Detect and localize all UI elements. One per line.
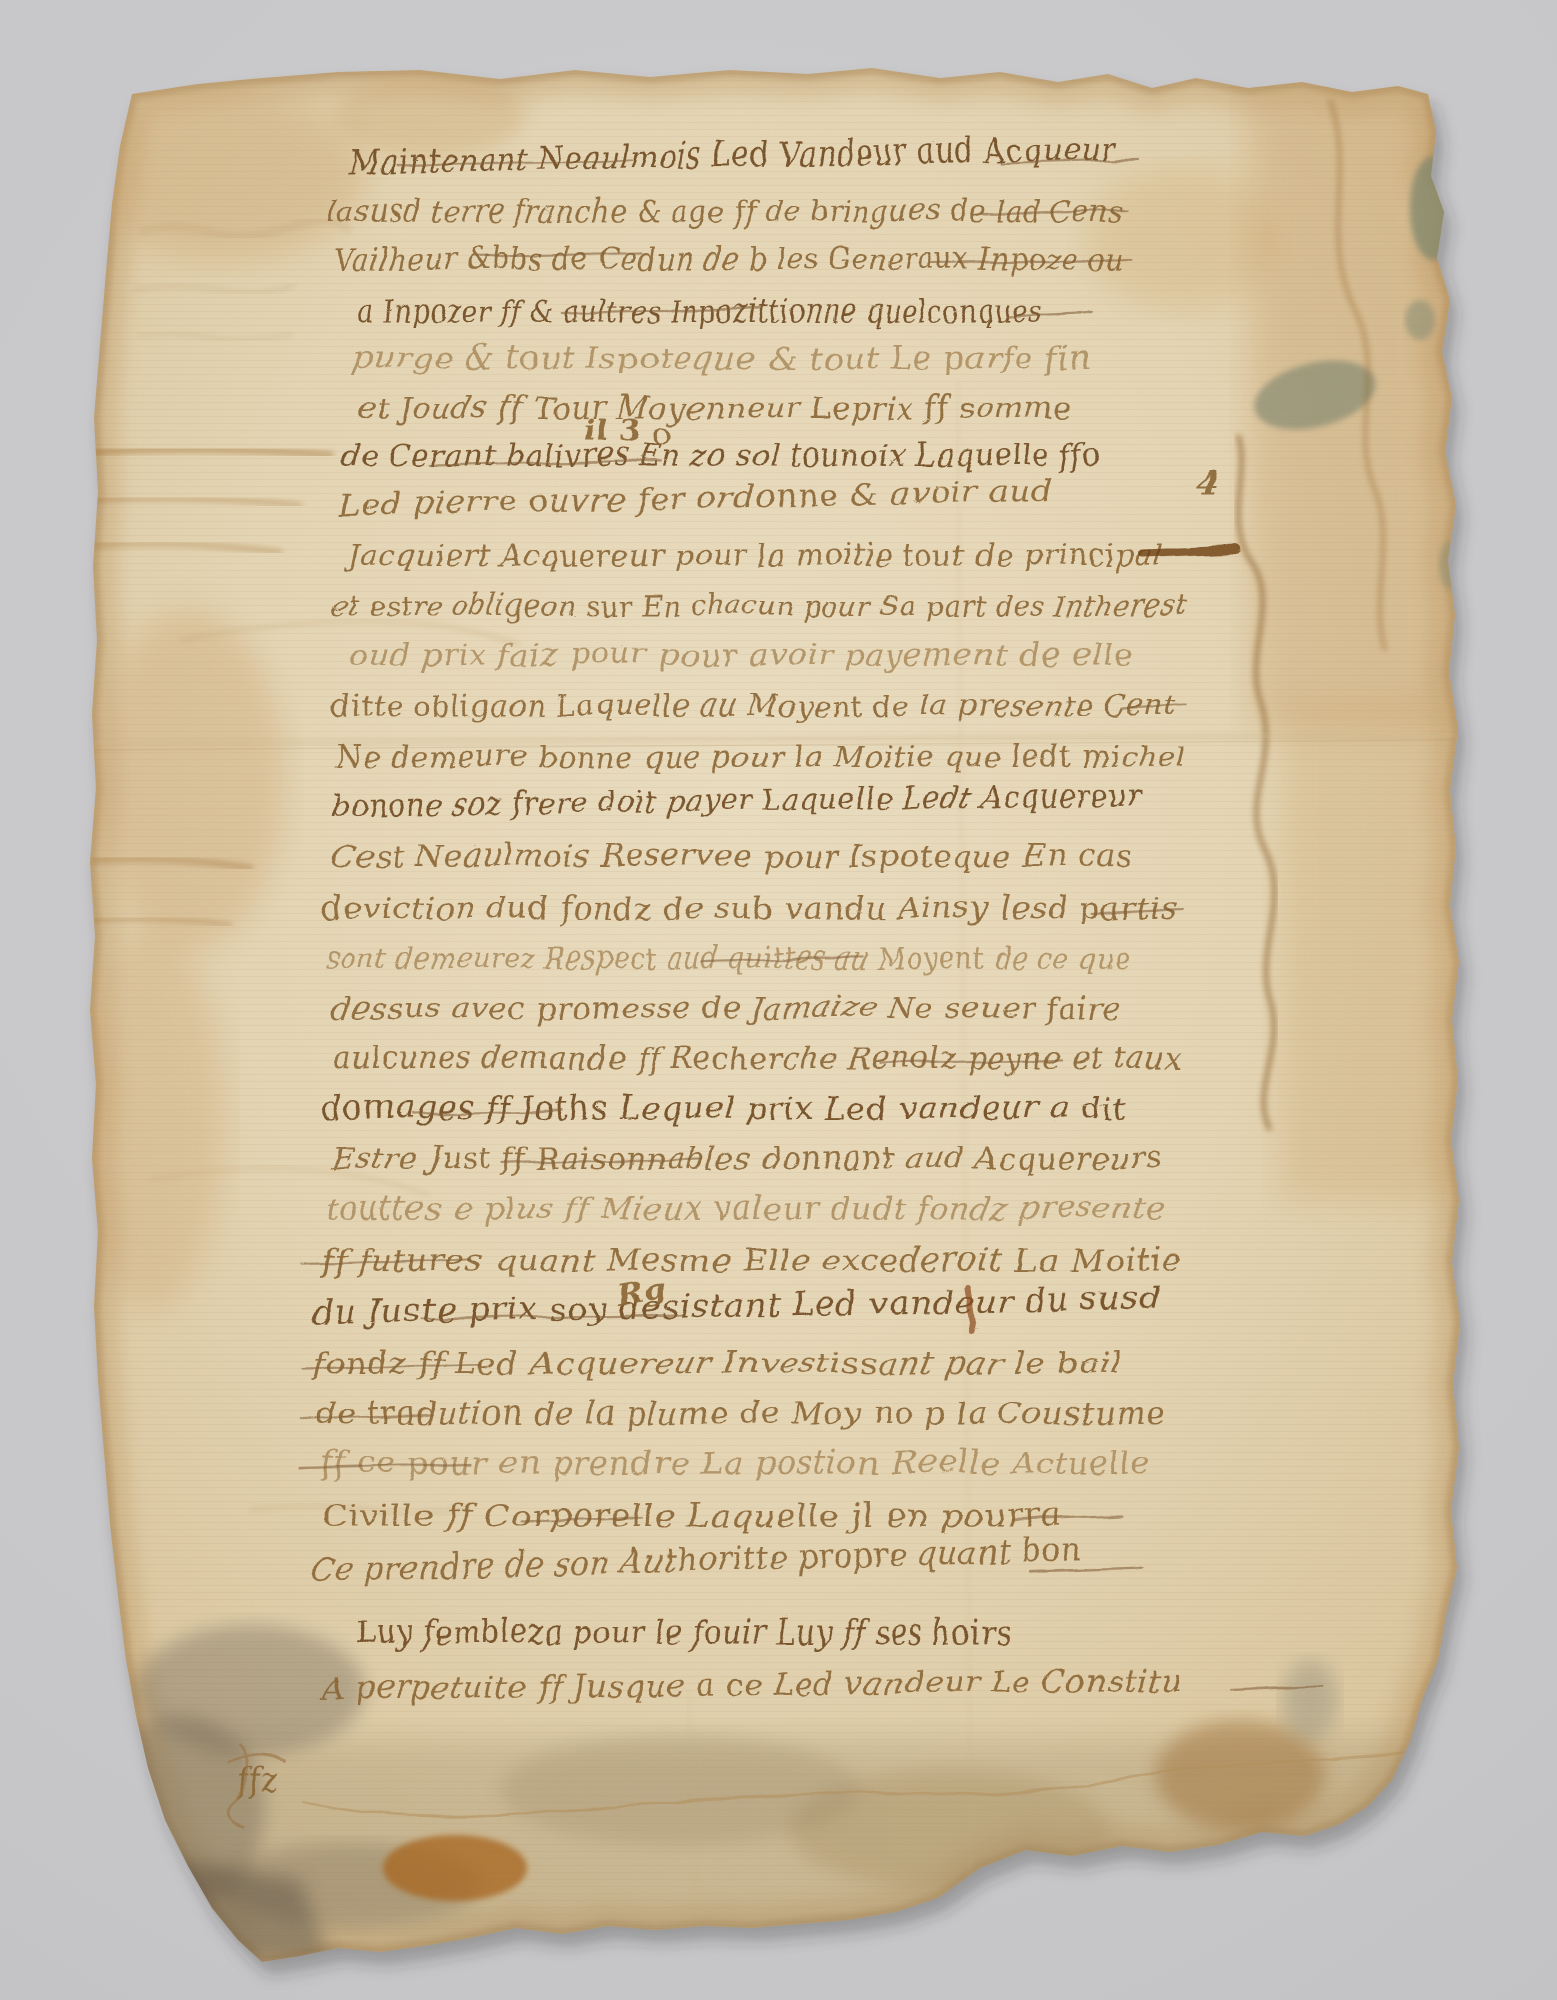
paraph-mark: ffz bbox=[234, 1762, 277, 1798]
manuscript-line: de tradution de la plume de Moy no p la … bbox=[314, 1394, 1164, 1430]
manuscript-line: dessus avec promesse de Jamaize Ne seuer… bbox=[330, 989, 1120, 1025]
manuscript-line: Civille ff Corporelle Laquelle jl en pou… bbox=[320, 1496, 1060, 1532]
manuscript-line: et Jouds ff Tour Moyenneur Leprix ff som… bbox=[356, 389, 1071, 425]
manuscript-line: et estre obligeon sur En chacun pour Sa … bbox=[330, 587, 1185, 621]
manuscript-line: Cest Neaulmois Reservee pour Ispoteque E… bbox=[330, 837, 1130, 873]
manuscript-line: fondz ff Led Acquereur Investissant par … bbox=[308, 1344, 1120, 1380]
photograph-of-manuscript: Maintenant Neaulmois Led Vandeur aud Acq… bbox=[0, 0, 1557, 2000]
manuscript-line: purge & tout Ispoteque & tout Le parfe f… bbox=[350, 339, 1090, 375]
manuscript-line: domages ff Joths Lequel prix Led vandeur… bbox=[320, 1089, 1125, 1125]
manuscript-line: a Inpozer ff & aultres Inpozittionne que… bbox=[356, 292, 1041, 328]
manuscript-line: A perpetuite ff Jusque a ce Led vandeur … bbox=[317, 1661, 1180, 1705]
manuscript-line: Jacquiert Acquereur pour la moitie tout … bbox=[340, 536, 1161, 572]
interline-mark: il 3 bbox=[582, 412, 640, 448]
manuscript-line: ff ce pour en prendre La postion Reelle … bbox=[318, 1444, 1150, 1480]
heavy-dash bbox=[1140, 548, 1235, 552]
paper-surface: Maintenant Neaulmois Led Vandeur aud Acq… bbox=[75, 60, 1470, 1970]
manuscript-line: aulcunes demande ff Recherche Renolz pey… bbox=[330, 1039, 1180, 1075]
manuscript-line: deviction dud fondz de sub vandu Ainsy l… bbox=[320, 889, 1175, 925]
manuscript-line: lasusd terre franche & age ff de bringue… bbox=[326, 192, 1121, 228]
ring-mark: o bbox=[650, 414, 669, 450]
manuscript-line: oud prix faiz pour pour avoir payement d… bbox=[346, 636, 1131, 672]
manuscript-line: Luy fembleza pour le fouir Luy ff ses ho… bbox=[354, 1611, 1010, 1651]
manuscript-line: sont demeurez Respect aud quittes au Moy… bbox=[324, 939, 1129, 975]
manuscript-line: Estre Just ff Raisonnables donnant aud A… bbox=[329, 1139, 1160, 1175]
manuscript-line: Ne demeure bonne que pour la Moitie que … bbox=[333, 738, 1184, 772]
manuscript-line: ditte obligaon Laquelle au Moyent de la … bbox=[330, 687, 1175, 721]
manuscript-line: touttes e plus ff Mieux valeur dudt fond… bbox=[324, 1189, 1164, 1225]
manuscript-scene: Maintenant Neaulmois Led Vandeur aud Acq… bbox=[0, 0, 1557, 2000]
manuscript-line: de Cerant balivres En zo sol tounoix Laq… bbox=[340, 436, 1100, 472]
manuscript-line: Vailheur &bbs de Cedun de b les Generaux… bbox=[332, 240, 1122, 276]
page-numeral: 4 bbox=[1196, 464, 1218, 500]
